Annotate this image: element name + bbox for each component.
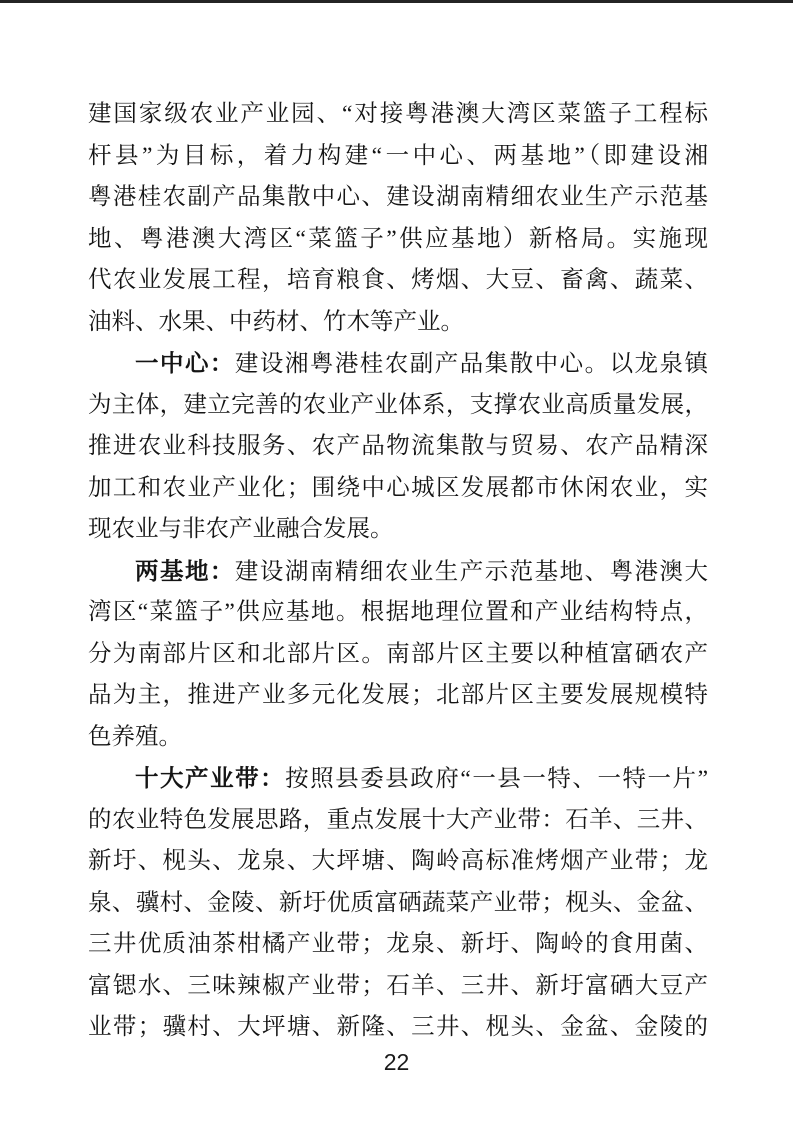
page-number: 22 — [0, 1048, 793, 1076]
text-line: 地、粤港澳大湾区“菜篮子”供应基地）新格局。实施现 — [88, 219, 708, 261]
paragraph-lead: 一中心： — [135, 349, 235, 377]
text-line: 分为南部片区和北部片区。南部片区主要以种植富硒农产 — [88, 634, 708, 676]
text-line: 加工和农业产业化；围绕中心城区发展都市休闲农业，实 — [88, 468, 708, 510]
paragraph-lead: 十大产业带： — [135, 764, 285, 792]
text-line: 建国家级农业产业园、“对接粤港澳大湾区菜篮子工程标 — [88, 94, 708, 136]
text-line: 的农业特色发展思路，重点发展十大产业带：石羊、三井、 — [88, 800, 708, 842]
paragraph-ten-industry-belts: 十大产业带：按照县委县政府“一县一特、一特一片”的农业特色发展思路，重点发展十大… — [88, 758, 708, 1049]
text-line: 代农业发展工程，培育粮食、烤烟、大豆、畜禽、蔬菜、 — [88, 260, 708, 302]
text-line: 湾区“菜篮子”供应基地。根据地理位置和产业结构特点， — [88, 592, 708, 634]
text-line: 两基地：建设湖南精细农业生产示范基地、粤港澳大 — [88, 551, 708, 593]
paragraph-two-bases: 两基地：建设湖南精细农业生产示范基地、粤港澳大湾区“菜篮子”供应基地。根据地理位… — [88, 551, 708, 759]
text-line: 为主体，建立完善的农业产业体系，支撑农业高质量发展， — [88, 385, 708, 427]
text-line: 一中心：建设湘粤港桂农副产品集散中心。以龙泉镇 — [88, 343, 708, 385]
text-line: 油料、水果、中药材、竹木等产业。 — [88, 302, 708, 344]
scan-edge-artifact — [0, 0, 793, 3]
text-line: 十大产业带：按照县委县政府“一县一特、一特一片” — [88, 758, 708, 800]
text-line: 富锶水、三味辣椒产业带；石羊、三井、新圩富硒大豆产 — [88, 966, 708, 1008]
text-line: 杆县”为目标，着力构建“一中心、两基地”（即建设湘 — [88, 136, 708, 178]
paragraph-one-center: 一中心：建设湘粤港桂农副产品集散中心。以龙泉镇为主体，建立完善的农业产业体系，支… — [88, 343, 708, 551]
text-line: 新圩、枧头、龙泉、大坪塘、陶岭高标准烤烟产业带；龙 — [88, 841, 708, 883]
document-body: 建国家级农业产业园、“对接粤港澳大湾区菜篮子工程标杆县”为目标，着力构建“一中心… — [88, 94, 708, 1049]
text-line: 粤港桂农副产品集散中心、建设湖南精细农业生产示范基 — [88, 177, 708, 219]
text-line: 三井优质油茶柑橘产业带；龙泉、新圩、陶岭的食用菌、 — [88, 924, 708, 966]
text-line: 现农业与非农产业融合发展。 — [88, 509, 708, 551]
paragraph-intro-continued: 建国家级农业产业园、“对接粤港澳大湾区菜篮子工程标杆县”为目标，着力构建“一中心… — [88, 94, 708, 343]
text-line: 推进农业科技服务、农产品物流集散与贸易、农产品精深 — [88, 426, 708, 468]
text-line: 业带；骥村、大坪塘、新隆、三井、枧头、金盆、金陵的 — [88, 1007, 708, 1049]
text-line: 色养殖。 — [88, 717, 708, 759]
text-line: 品为主，推进产业多元化发展；北部片区主要发展规模特 — [88, 675, 708, 717]
text-line: 泉、骥村、金陵、新圩优质富硒蔬菜产业带；枧头、金盆、 — [88, 883, 708, 925]
paragraph-lead: 两基地： — [135, 557, 235, 585]
